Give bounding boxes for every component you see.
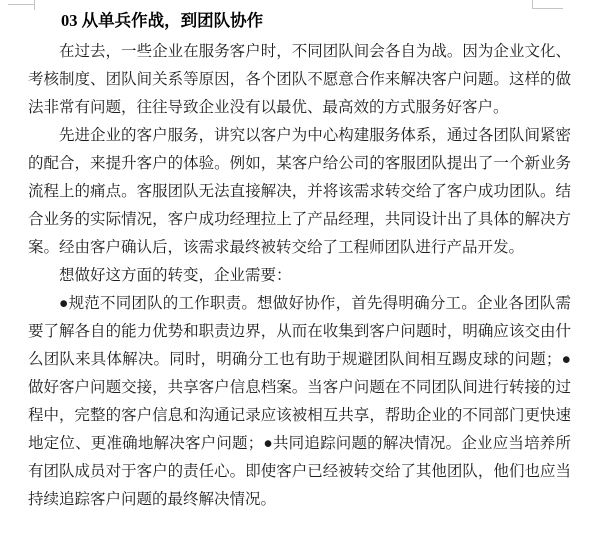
document-content: 03 从单兵作战，到团队协作 在过去，一些企业在服务客户时，不同团队间会各自为战… (28, 6, 571, 514)
paragraph-bullet-list: ●规范不同团队的工作职责。想做好协作，首先得明确分工。企业各团队需要了解各自的能… (28, 290, 571, 514)
section-title: 03 从单兵作战，到团队协作 (28, 6, 571, 36)
paragraph-intro: 在过去，一些企业在服务客户时，不同团队间会各自为战。因为企业文化、考核制度、团队… (28, 38, 571, 122)
paragraph-example: 先进企业的客户服务，讲究以客户为中心构建服务体系，通过各团队间紧密的配合，来提升… (28, 122, 571, 262)
paragraph-lead-in: 想做好这方面的转变，企业需要： (28, 262, 571, 290)
document-page: 03 从单兵作战，到团队协作 在过去，一些企业在服务客户时，不同团队间会各自为战… (0, 0, 596, 544)
crop-mark-line (8, 4, 35, 5)
